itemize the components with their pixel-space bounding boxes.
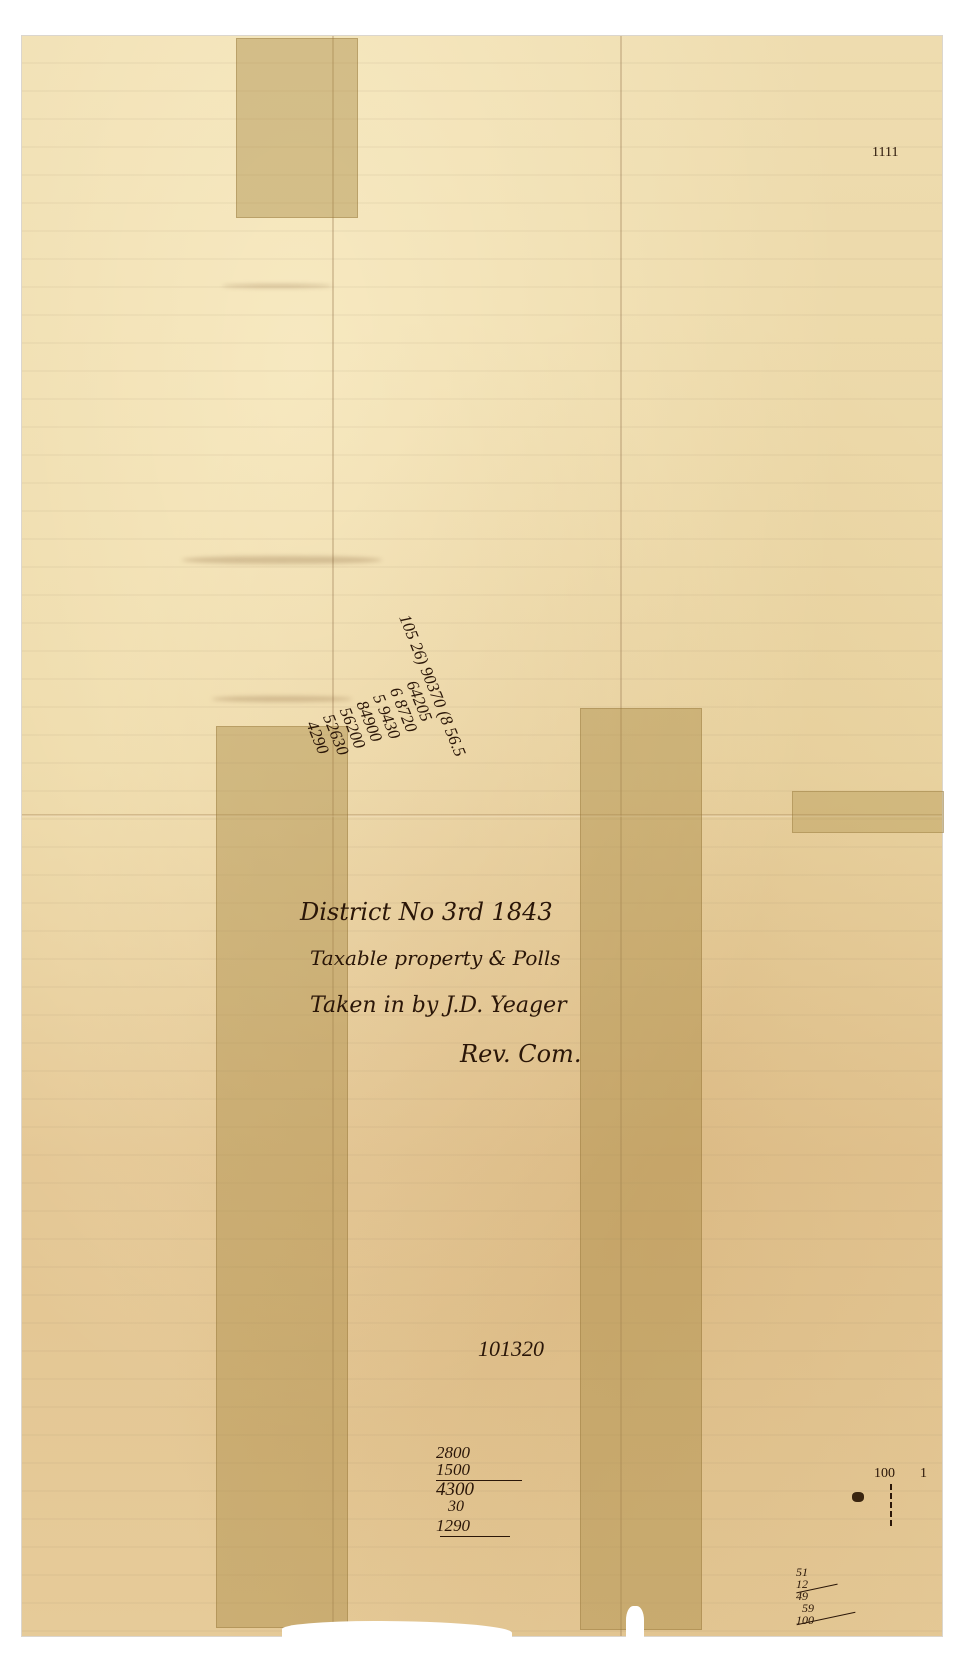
tape-strip-top [236, 38, 358, 218]
tape-strip-right [580, 708, 702, 1630]
right-tally-mark: 1 [920, 1467, 927, 1481]
ink-smudge [222, 284, 332, 288]
sum-row: 4300 [436, 1480, 526, 1499]
total-figure: 101320 [478, 1338, 544, 1360]
corner-tally: 1111 [872, 146, 898, 160]
endorsement-taken-by: Taken in by J.D. Yeager [310, 993, 567, 1018]
right-tally-label: 100 [874, 1467, 895, 1481]
torn-edge [626, 1606, 644, 1641]
bottom-sum: 2800 1500 4300 30 1290 [436, 1444, 526, 1534]
bleed-through-lines [22, 36, 942, 1636]
endorsement-district: District No 3rd 1843 [300, 898, 553, 926]
sum-rule [440, 1536, 510, 1537]
endorsement-title: Taxable property & Polls [310, 946, 561, 970]
sum-row: 1290 [436, 1517, 526, 1534]
sum-rule [436, 1480, 522, 1481]
tape-strip-left [216, 726, 348, 1628]
sum-row: 2800 [436, 1444, 526, 1461]
sum-row: 30 [436, 1499, 526, 1515]
endorsement-role: Rev. Com. [460, 1040, 581, 1068]
ink-blot [852, 1492, 864, 1502]
tally-dashes [890, 1484, 894, 1526]
tape-patch [792, 791, 944, 833]
corner-sum: 51 12 49 59 100 [796, 1566, 866, 1626]
sum-row: 1500 [436, 1461, 526, 1478]
document-sheet [22, 36, 942, 1636]
ink-smudge [182, 556, 382, 564]
